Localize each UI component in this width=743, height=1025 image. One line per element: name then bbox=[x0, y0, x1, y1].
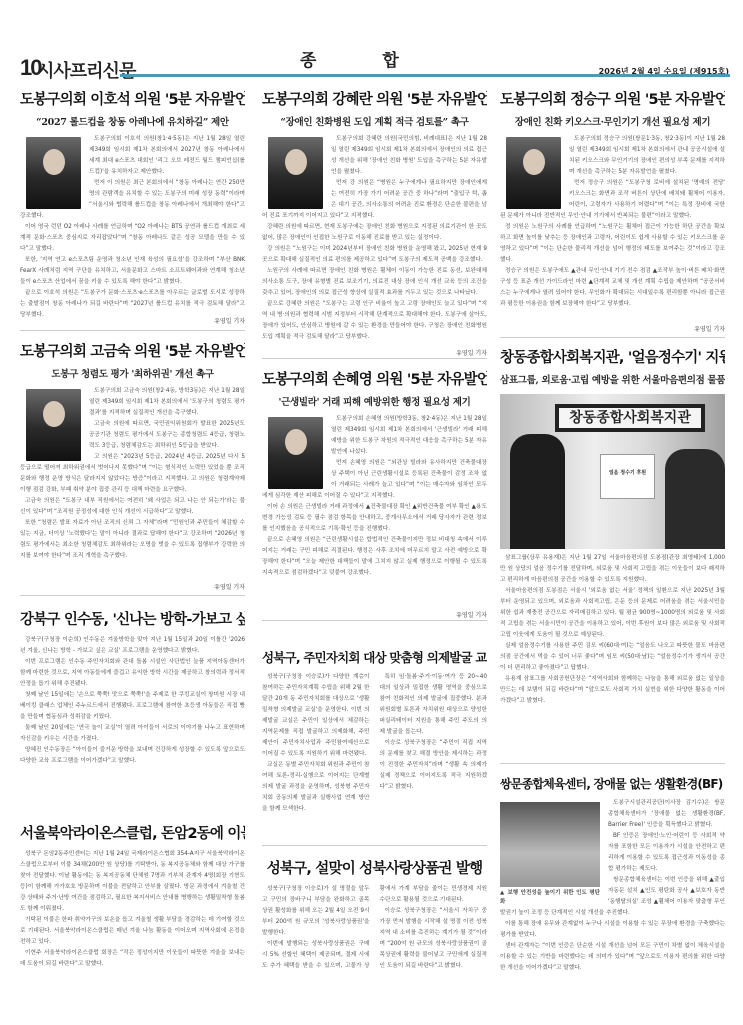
headline: 쌍문종합체육센터, 장애물 없는 생활환경(BF) 인증 bbox=[500, 775, 725, 792]
divider bbox=[20, 595, 245, 596]
article-lions-club: 서울북악라이온스클럽, 돈암2동에 이불 기탁 성북구 돈암2동주민센터는 지난… bbox=[20, 822, 245, 1022]
header-rule bbox=[120, 74, 730, 77]
headline: 성북구, 주민자치회 대상 맞춤형 의제발굴 교실 운영 bbox=[262, 648, 487, 666]
subheadline: “장애인 친화병원 도입 계획 적극 검토를” 촉구 bbox=[262, 114, 487, 128]
portrait-photo bbox=[268, 137, 323, 209]
subheadline: 도봉구 청렴도 평가 '최하위권' 개선 촉구 bbox=[20, 366, 245, 380]
headline: 도봉구의회 이호석 의원 '5분 자유발언' bbox=[20, 88, 245, 109]
section-title: 종 합 bbox=[300, 46, 429, 71]
article-body: 성북구 돈암2동주민센터는 지난 1월 24일 국제라이온스협회 354-A지구… bbox=[20, 849, 245, 970]
article-body: 도봉구의회 강혜란 의원(국민의힘, 비례대표)은 지난 1월 28일 열린 제… bbox=[262, 134, 487, 343]
divider bbox=[262, 358, 487, 359]
subheadline: 삼표그룹, 외로움·고립 예방을 위한 서울마음편의점 물품 지원 bbox=[500, 372, 725, 386]
article-go-geumsuk: 도봉구의회 고금숙 의원 '5분 자유발언' 도봉구 청렴도 평가 '최하위권'… bbox=[20, 340, 245, 578]
divider bbox=[20, 330, 245, 331]
portrait-photo bbox=[268, 417, 323, 489]
byline: 유영일 기자 bbox=[500, 324, 725, 333]
headline: 도봉구의회 강혜란 의원 '5분 자유발언' bbox=[262, 88, 487, 109]
divider bbox=[500, 337, 725, 338]
headline: 도봉구의회 손혜영 의원 '5분 자유발언' bbox=[262, 368, 487, 389]
article-body: 강북구(구청장 이순희) 인수동은 겨울방학을 맞아 지난 1월 15일과 20… bbox=[20, 635, 245, 767]
portrait-photo bbox=[26, 389, 81, 461]
article-body: ▲ 보행 안전성을 높이기 위한 인도 평탄화 도봉구시설관리공단(이사장 김기… bbox=[500, 798, 725, 974]
divider bbox=[500, 763, 725, 764]
person-left bbox=[510, 434, 565, 549]
portrait-photo bbox=[26, 137, 81, 209]
byline: 유영일 기자 bbox=[20, 316, 245, 325]
headline: 도봉구의회 정승구 의원 '5분 자유발언' bbox=[500, 88, 725, 109]
headline: 강북구 인수동, '신나는 방학-가보고 싶은 교실' bbox=[20, 608, 245, 629]
article-seongbuk-voucher: 성북구, 설맞이 성북사랑상품권 발행 성북구(구청장 이승로)가 설 명절을 … bbox=[262, 857, 487, 1022]
subheadline: 장애인 친화 키오스크·무인기기 개선 필요성 제기 bbox=[500, 114, 725, 128]
article-kang-hyeran: 도봉구의회 강혜란 의원 '5분 자유발언' “장애인 친화병원 도입 계획 적… bbox=[262, 88, 487, 346]
divider bbox=[262, 620, 487, 621]
article-body: 도봉구의회 이호석 의원(창1·4·5동)은 지난 1월 28일 열린 제349… bbox=[20, 134, 245, 321]
byline: 유영일 기자 bbox=[262, 348, 487, 357]
article-jeong-seunggu: 도봉구의회 정승구 의원 '5분 자유발언' 장애인 친화 키오스크·무인기기 … bbox=[500, 88, 725, 316]
article-lee-hoseok: 도봉구의회 이호석 의원 '5분 자유발언' “2027 롤드컵을 창동 아레나… bbox=[20, 88, 245, 324]
divider bbox=[262, 845, 487, 846]
byline: 유영일 기자 bbox=[20, 582, 245, 591]
headline: 서울북악라이온스클럽, 돈암2동에 이불 기탁 bbox=[20, 822, 245, 843]
sidewalk-photo bbox=[500, 802, 600, 887]
headline: 도봉구의회 고금숙 의원 '5분 자유발언' bbox=[20, 340, 245, 361]
article-son-hyeyoung: 도봉구의회 손혜영 의원 '5분 자유발언' '근생빌라' 거래 피해 예방위한… bbox=[262, 368, 487, 586]
article-body: 성북구(구청장 이승로)가 설 명절을 앞두고 구민의 장바구니 부담을 완화하… bbox=[262, 884, 487, 972]
donation-photo: 창동종합사회복지관 얼음 정수기 후원 bbox=[500, 394, 725, 549]
person-right bbox=[665, 449, 725, 549]
article-gangbuk-insudong: 강북구 인수동, '신나는 방학-가보고 싶은 교실' 강북구(구청장 이순희)… bbox=[20, 608, 245, 806]
article-body: 도봉구의회 고금숙 의원(창2·4동, 방학3동)은 지난 1월 28일 열린 … bbox=[20, 386, 245, 562]
photo-sign: 창동종합사회복지관 bbox=[555, 404, 705, 432]
photo-caption: ▲ 보행 안전성을 높이기 위한 인도 평탄화 bbox=[500, 889, 600, 907]
article-body: 도봉구의회 정승구 의원(쌍문1·3동, 창2·3동)이 지난 1월 28일 열… bbox=[500, 134, 725, 310]
portrait-photo bbox=[506, 137, 561, 209]
donation-board: 얼음 정수기 후원 bbox=[600, 454, 655, 499]
masthead: 10 시사프리신문 종 합 2026년 2월 4일 수요일 (제915호) bbox=[0, 0, 743, 80]
newspaper-brand: 시사프리신문 bbox=[37, 57, 135, 83]
article-body: 도봉구의회 손혜영 의원(방학3동, 창2·4동)은 지난 1월 28일 열린 … bbox=[262, 414, 487, 579]
article-changdong-welfare: 창동종합사회복지관, '얼음정수기' 지원 삼표그룹, 외로움·고립 예방을 위… bbox=[500, 346, 725, 748]
byline: 유영일 기자 bbox=[262, 610, 487, 619]
headline: 창동종합사회복지관, '얼음정수기' 지원 bbox=[500, 346, 725, 367]
subheadline: “2027 롤드컵을 창동 아레나에 유치하길” 제안 bbox=[20, 114, 245, 128]
article-ssangmun-bf: 쌍문종합체육센터, 장애물 없는 생활환경(BF) 인증 ▲ 보행 안전성을 높… bbox=[500, 775, 725, 1023]
subheadline: '근생빌라' 거래 피해 예방위한 행정 필요성 제기 bbox=[262, 394, 487, 408]
article-body: 삼표그룹(상무 유용재)은 지난 1월 27일 서울마음편의점 도봉점(관장 최… bbox=[500, 553, 725, 707]
article-seongbuk-agenda: 성북구, 주민자치회 대상 맞춤형 의제발굴 교실 운영 성북구(구청장 이승로… bbox=[262, 648, 487, 838]
article-body: 성북구(구청장 이승로)가 다양한 계층이 참여하는 주민자치계획 수립을 위해… bbox=[262, 672, 487, 815]
headline: 성북구, 설맞이 성북사랑상품권 발행 bbox=[262, 857, 487, 878]
